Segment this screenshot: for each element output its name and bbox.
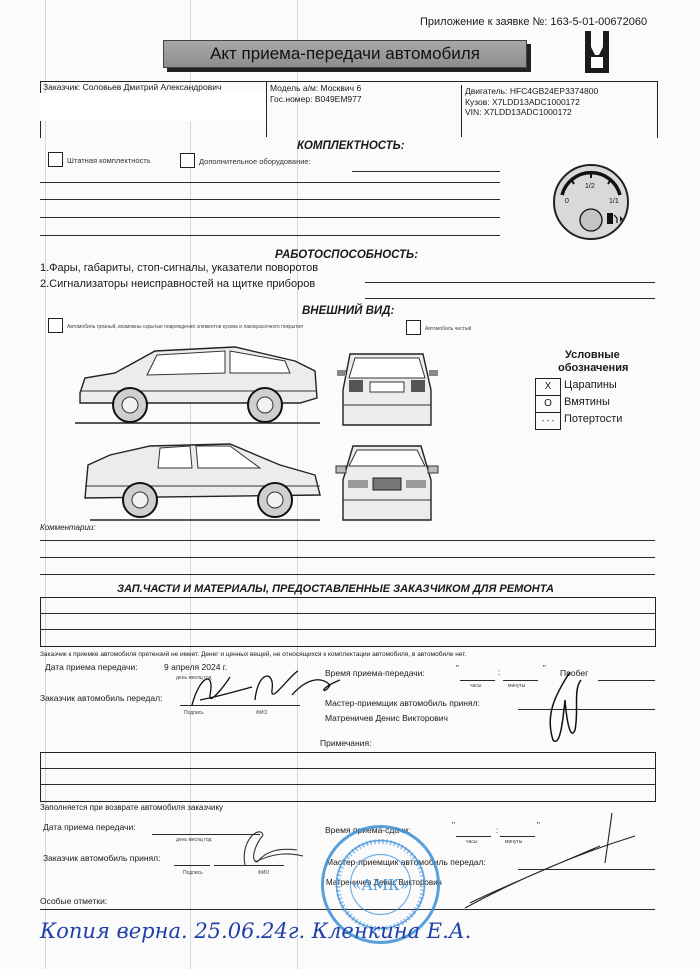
dirty-car-checkbox[interactable] (48, 318, 63, 333)
comment-line[interactable] (40, 540, 655, 541)
legend-title: обозначения (558, 362, 628, 374)
body-number: Кузов: X7LDD13ADC1000172 (465, 97, 580, 107)
handover-disclaimer: Заказчик к приемке автомобиля претензий … (40, 651, 466, 658)
svg-text:1/2: 1/2 (585, 183, 595, 190)
standard-completeness-label: Штатная комплектность (67, 156, 151, 165)
clean-car-checkbox[interactable] (406, 320, 421, 335)
completeness-line[interactable] (40, 182, 500, 183)
completeness-line[interactable] (352, 171, 500, 172)
legend-label-scratch: Царапины (564, 379, 617, 391)
comment-line[interactable] (40, 557, 655, 558)
operability-heading: РАБОТОСПОСОБНОСТЬ: (275, 249, 418, 261)
master-return-signature (440, 808, 640, 913)
legend-symbol-wear: - - - (535, 412, 561, 430)
notes-table (40, 752, 656, 802)
mileage-field[interactable] (598, 680, 655, 681)
vin-number: VIN: X7LDD13ADC1000172 (465, 107, 572, 117)
standard-completeness-checkbox[interactable] (48, 152, 63, 167)
car-model: Модель а/м: Москвич 6 (270, 83, 361, 93)
legend-symbol-dent: O (535, 395, 561, 413)
operability-item-indicators: 2.Сигнализаторы неисправностей на щитке … (40, 278, 315, 290)
car-side-right-diagram[interactable] (80, 440, 330, 525)
document-title-bar: Акт приема-передачи автомобиля (163, 40, 527, 68)
notes-row[interactable] (40, 784, 655, 785)
appendix-number: Приложение к заявке №: 163-5-01-00672060 (420, 16, 647, 28)
comment-line[interactable] (40, 574, 655, 575)
car-front-diagram[interactable] (335, 442, 440, 526)
customer-return-signature (205, 820, 305, 870)
customer-signature (180, 665, 350, 710)
document-title: Акт приема-передачи автомобиля (210, 44, 480, 64)
additional-equipment-checkbox[interactable] (180, 153, 195, 168)
svg-text:1/1: 1/1 (609, 198, 619, 205)
return-section-label: Заполняется при возврате автомобиля зака… (40, 803, 223, 812)
signature-hint: Подпись (184, 710, 204, 716)
customer-gave-label: Заказчик автомобиль передал: (40, 693, 162, 703)
name-hint: ФИО (256, 710, 267, 716)
legend-label-wear: Потертости (564, 413, 622, 425)
car-rear-diagram[interactable] (335, 350, 440, 432)
license-plate: Гос.номер: В049ЕМ977 (270, 94, 362, 104)
return-date-label: Дата приема передачи: (43, 822, 136, 832)
parts-heading: ЗАП.ЧАСТИ И МАТЕРИАЛЫ, ПРЕДОСТАВЛЕННЫЕ З… (117, 583, 554, 595)
comments-label: Комментарии: (40, 523, 96, 532)
appearance-heading: ВНЕШНИЙ ВИД: (302, 305, 394, 317)
notes-label: Примечания: (320, 738, 371, 748)
legend-label-dent: Вмятины (564, 396, 610, 408)
special-marks-label: Особые отметки: (40, 896, 107, 906)
car-side-left-diagram[interactable] (75, 343, 325, 428)
handover-date-label: Дата приема передачи: (45, 662, 138, 672)
legend-title: Условные (565, 349, 620, 361)
customer-received-label: Заказчик автомобиль принял: (43, 853, 161, 863)
engine-number: Двигатель: HFC4GB24EP3374800 (465, 86, 598, 96)
legend-symbol-scratch: X (535, 378, 561, 396)
svg-text:0: 0 (565, 198, 569, 205)
handover-minutes-field[interactable] (503, 680, 538, 681)
completeness-heading: КОМПЛЕКТНОСТЬ: (297, 140, 405, 152)
master-signature (535, 670, 585, 750)
certified-copy-note: Копия верна. 25.06.24г. Кленкина Е.А. (40, 919, 471, 943)
minutes-hint: минуты (508, 683, 525, 689)
hours-hint: часы (470, 683, 481, 689)
operability-line[interactable] (365, 282, 655, 283)
dirty-car-label: Автомобиль грязный, возможны скрытые пов… (67, 324, 303, 330)
parts-table (40, 597, 656, 647)
clean-car-label: Автомобиль чистый (425, 326, 471, 332)
fuel-gauge-icon: 0 1/2 1/1 (548, 163, 634, 241)
parts-row[interactable] (40, 629, 655, 630)
company-logo-icon (583, 27, 611, 75)
completeness-line[interactable] (40, 199, 500, 200)
notes-row[interactable] (40, 768, 655, 769)
operability-item-lights: 1.Фары, габариты, стоп-сигналы, указател… (40, 262, 318, 274)
master-received-name: Матреничев Денис Викторович (325, 713, 448, 723)
customer-name: Заказчик: Соловьев Дмитрий Александрович (43, 82, 221, 92)
parts-row[interactable] (40, 613, 655, 614)
completeness-line[interactable] (40, 217, 500, 218)
operability-line[interactable] (365, 298, 655, 299)
completeness-line[interactable] (40, 235, 500, 236)
svg-text:«АМК»: «АМК» (352, 876, 409, 894)
name-hint: ФИО (258, 870, 269, 876)
handover-hours-field[interactable] (460, 680, 495, 681)
additional-equipment-label: Дополнительное оборудование: (199, 157, 311, 166)
signature-hint: Подпись (183, 870, 203, 876)
